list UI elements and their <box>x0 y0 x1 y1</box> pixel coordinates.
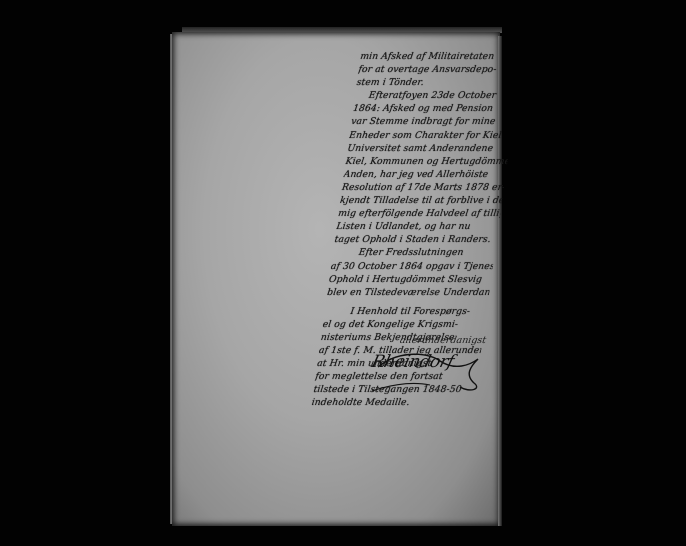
text-line: 1864: Afsked og med Pension <box>352 102 516 115</box>
text-line: el og det Kongelige Krigsmi- <box>322 318 486 331</box>
text-line: af 30 October 1864 opgav i Tjeneste <box>330 260 494 273</box>
text-line: Universitet samt Anderandene <box>347 142 511 155</box>
text-line: I Henhold til Forespørgs- <box>324 305 488 318</box>
text-line: mig efterfölgende Halvdeel af tilligge <box>337 207 501 220</box>
text-line: Anden, har jeg ved Allerhöiste <box>343 168 507 181</box>
text-line: Efteratfoyen 23de October <box>354 89 518 102</box>
text-line: Enheder som Charakter for Kiel <box>348 129 512 142</box>
text-line: var Stemme indbragt for mine <box>350 115 514 128</box>
text-line: Kiel, Kommunen og Hertugdömmene <box>345 155 509 168</box>
text-line: taget Ophold i Staden i Randers. <box>334 233 498 246</box>
text-line: Resolution af 17de Marts 1878 er- <box>341 181 505 194</box>
text-line: Efter Fredsslutningen <box>332 246 496 259</box>
document-viewer: min Afsked af Militairetaten for at over… <box>0 0 686 546</box>
text-line: Ophold i Hertugdömmet Slesvig <box>328 273 492 286</box>
text-line: Listen i Udlandet, og har nu <box>336 220 500 233</box>
text-line: stem i Tönder. <box>356 76 520 89</box>
text-line: kjendt Tilladelse til at forblive i dem <box>339 194 503 207</box>
signature: Rheindorf <box>370 352 456 372</box>
text-line: for at overtage Ansvarsdepo- <box>358 63 522 76</box>
text-line: min Afsked af Militairetaten <box>359 50 523 63</box>
text-line: blev en Tilstedeværelse Underdanig. <box>326 286 490 299</box>
